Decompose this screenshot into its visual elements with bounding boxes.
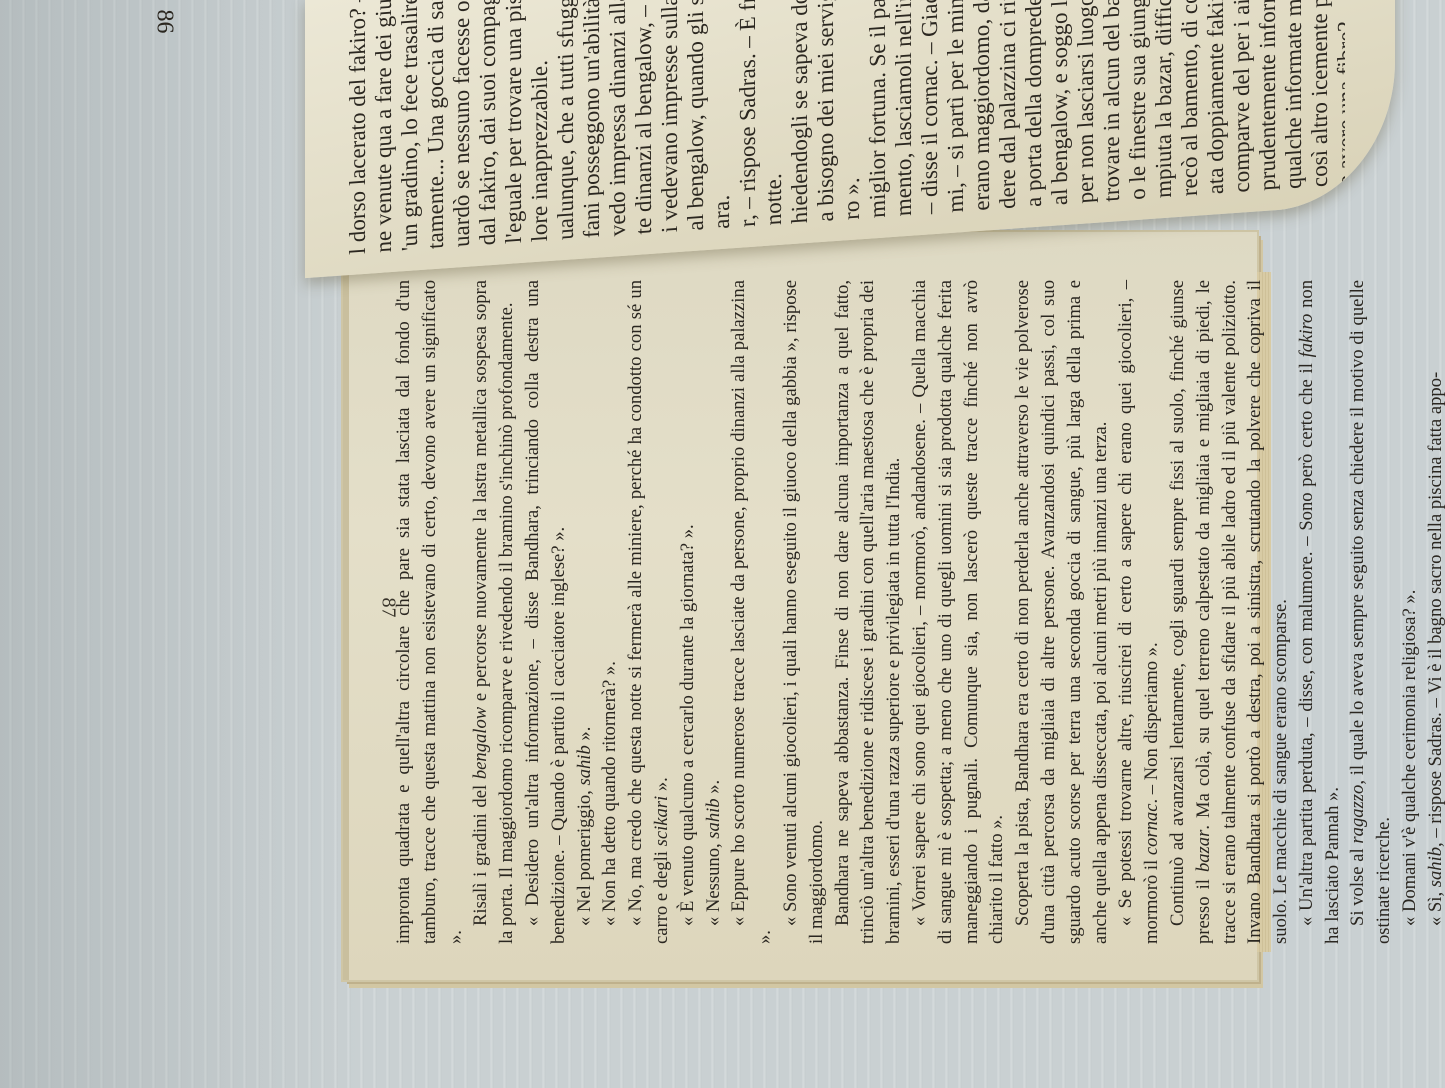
paragraph: « Vorrei sapere chi sono quei giocolieri… bbox=[907, 280, 1010, 944]
text-line: i vedevano impresse sulla polvere da bbox=[657, 0, 683, 233]
text-line: ro ». bbox=[839, 0, 865, 221]
paragraph: « Eppure ho scorto numerose tracce lasci… bbox=[726, 280, 778, 944]
text-line: ara. bbox=[709, 0, 735, 230]
text-line: prudentemente informazione tale bbox=[1255, 0, 1281, 192]
page-86-text: l dorso lacerato del fakiro? – si chie-n… bbox=[345, 0, 1345, 255]
text-line: ualunque, che a tutti sfuggirebbe, po bbox=[553, 0, 579, 241]
text-line: vedo impressa dinanzi alla porta! Qu bbox=[605, 0, 631, 237]
paragraph: « Non ha detto quando ritornerà? ». bbox=[597, 280, 623, 944]
paragraph: « Nel pomeriggio, sahib ». bbox=[572, 280, 598, 944]
paragraph: « Se potessi trovarne altre, riuscirei d… bbox=[1113, 280, 1165, 944]
text-line: al bengalow, quando gli sguardi del bbox=[683, 0, 709, 232]
text-line: per non lasciarsi luogo. bengalow appena bbox=[1073, 0, 1099, 204]
text-line: trovare in alcun del basfondo bbox=[1099, 0, 1125, 203]
paragraph: Si volse al ragazzo, il quale lo aveva s… bbox=[1345, 280, 1397, 944]
book-page-87: impronta quadrata e quell'altra circolar… bbox=[343, 232, 1257, 980]
paragraph: impronta quadrata e quell'altra circolar… bbox=[391, 280, 468, 944]
paragraph: « Desidero un'altra informazione, – diss… bbox=[520, 280, 572, 944]
paragraph: « No, ma credo che questa notte si ferme… bbox=[623, 280, 675, 944]
text-line: te dinanzi al bengalow, – mormorò – E bbox=[631, 0, 657, 235]
page-number-86: 86 bbox=[151, 10, 178, 34]
text-line: 'un gradino, lo fece trasalire. Un lam bbox=[397, 0, 423, 252]
paragraph: « Sono venuti alcuni giocolieri, i quali… bbox=[778, 280, 830, 944]
text-line: miglior fortuna. Se il padrone bbox=[865, 0, 891, 219]
text-line: al bengalow, e soggo le. T' bbox=[1047, 0, 1073, 206]
text-line: uardò se nessuno facesse osservazioni bbox=[449, 0, 475, 248]
text-line: – disse il cornac. – Giacché bbox=[917, 0, 943, 215]
paragraph: Risalì i gradini del bengalow e percorse… bbox=[468, 280, 520, 944]
text-line: l dorso lacerato del fakiro? – si chie- bbox=[345, 0, 371, 255]
text-line: hiedendogli se sapeva dove si trovasse bbox=[787, 0, 813, 224]
text-line: notte. bbox=[761, 0, 787, 226]
text-line: ata doppiamente fakiro con vicini. Or bbox=[1203, 0, 1229, 195]
text-line: ne venute qua a fare dei giuochi Ques bbox=[371, 0, 397, 253]
page-number-87: 87 bbox=[377, 598, 400, 618]
text-line: tamente... Una goccia di sangue spr bbox=[423, 0, 449, 250]
paragraph: « Nessuno, sahib ». bbox=[701, 280, 727, 944]
text-line: erano maggiordomo, da chiedergli bbox=[969, 0, 995, 212]
text-line: a porta della dompredere tracce bbox=[1021, 0, 1047, 208]
text-line: o le finestre sua giunge, non bbox=[1125, 0, 1151, 201]
text-line: dal fakiro, dai suoi compagni e dalla bbox=[475, 0, 501, 246]
paragraph: « Un'altra partita perduta, – disse, con… bbox=[1294, 280, 1346, 944]
paragraph: Scoperta la pista, Bandhara era certo di… bbox=[1010, 280, 1113, 944]
paragraph: Bandhara ne sapeva abbastanza. Finse di … bbox=[830, 280, 907, 944]
paragraph: Continuò ad avanzarsi lentamente, cogli … bbox=[1165, 280, 1294, 944]
text-line: r, – rispose Sadras. – È frequentato bbox=[735, 0, 761, 228]
text-line: mento, lasciamoli nell'inganno bbox=[891, 0, 917, 217]
text-line: recò al bamento, di cornici bbox=[1177, 0, 1203, 197]
paragraph: « Sì, sahib, – rispose Sadras. – Vi è il… bbox=[1423, 280, 1445, 944]
paragraph: « Domani v'è qualche cerimonia religiosa… bbox=[1397, 280, 1423, 944]
text-line: mpiuta la bazar, difficile cosa bbox=[1151, 0, 1177, 199]
text-line: lore inapprezzabile. bbox=[527, 0, 553, 243]
text-line: così altro icemente più si chiese bbox=[1307, 0, 1333, 188]
paragraph: « È venuto qualcuno a cercarlo durante l… bbox=[675, 280, 701, 944]
text-line: mi, – si partì per le miniere cui non bbox=[943, 0, 969, 213]
text-line: e avere una fibre? – scomale bbox=[1333, 0, 1345, 186]
text-line: a bisogno dei miei servigi e che la p bbox=[813, 0, 839, 223]
text-line: dere dal palazzina ci rin – dell' bbox=[995, 0, 1021, 210]
page-87-text: impronta quadrata e quell'altra circolar… bbox=[377, 262, 1257, 962]
text-line: comparve del per i ai bbox=[1229, 0, 1255, 193]
text-line: l'eguale per trovare una pista, en bbox=[501, 0, 527, 244]
text-line: qualche informate mozione di bbox=[1281, 0, 1307, 190]
text-line: fani posseggono un'abilità prodigiosa bbox=[579, 0, 605, 239]
